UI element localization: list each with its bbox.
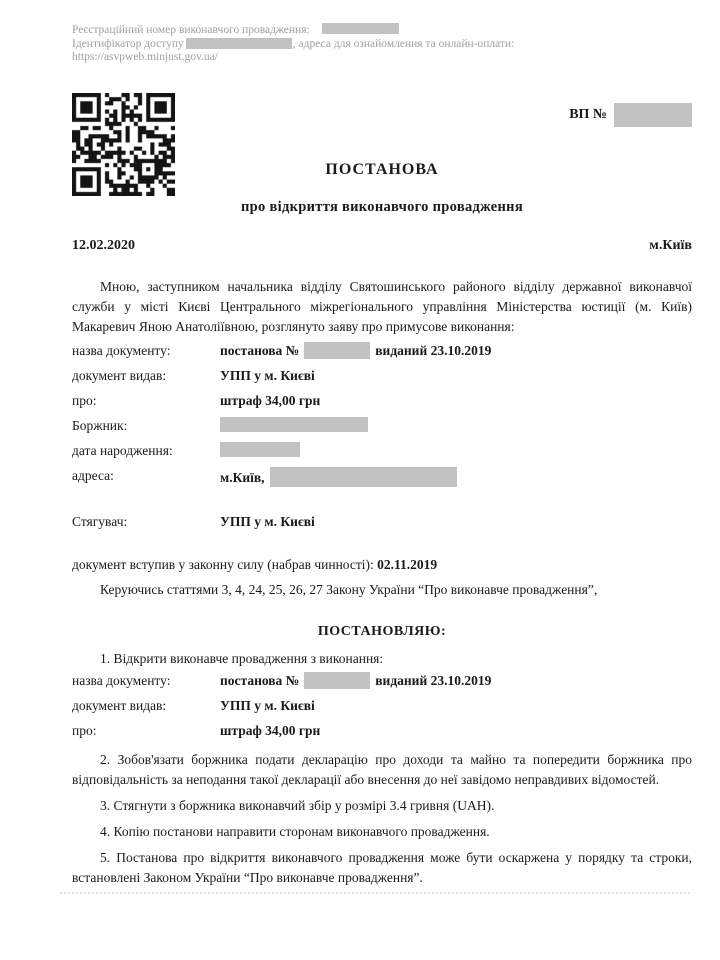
resolution-item-2: 2. Зобов'язати боржника подати деклараці… — [72, 750, 692, 790]
redaction-box — [304, 672, 370, 689]
document-title: ПОСТАНОВА — [72, 161, 692, 179]
doc-about-label: про: — [72, 722, 220, 740]
resolution-item-4: 4. Копію постанови направити сторонам ви… — [72, 822, 692, 842]
field-row-doc-about: про: штраф 34,00 грн — [72, 392, 692, 410]
debtor-label: Боржник: — [72, 417, 220, 435]
redaction-box — [322, 23, 399, 34]
access-id-label: Ідентифікатор доступу — [72, 38, 184, 50]
vp-number-line: ВП № — [569, 103, 692, 127]
field-row-doc-about-2: про: штраф 34,00 грн — [72, 722, 692, 740]
doc-name-label: назва документу: — [72, 342, 220, 360]
redaction-box — [614, 103, 692, 127]
field-row-doc-name-2: назва документу: постанова №виданий 23.1… — [72, 672, 692, 690]
doc-about-value: штраф 34,00 грн — [220, 722, 320, 740]
doc-issuer-value: УПП у м. Києві — [220, 697, 315, 715]
resolution-item-3: 3. Стягнути з боржника виконавчий збір у… — [72, 796, 692, 816]
doc-issuer-label: документ видав: — [72, 367, 220, 385]
collector-label: Стягувач: — [72, 513, 220, 531]
doc-about-label: про: — [72, 392, 220, 410]
field-row-doc-issuer: документ видав: УПП у м. Києві — [72, 367, 692, 385]
resolution-heading: ПОСТАНОВЛЯЮ: — [72, 624, 692, 640]
document-subtitle: про відкриття виконавчого провадження — [72, 199, 692, 216]
vp-number-label: ВП № — [569, 107, 607, 122]
access-id-suffix: , адреса для ознайомлення та онлайн-опла… — [293, 38, 515, 50]
field-row-debtor: Боржник: — [72, 417, 692, 435]
address-label: адреса: — [72, 467, 220, 487]
registration-number-label: Реєстраційний номер виконавчого провадже… — [72, 24, 310, 36]
redaction-box — [220, 417, 368, 432]
document-city: м.Київ — [649, 238, 692, 254]
field-row-birthdate: дата народження: — [72, 442, 692, 460]
resolution-item-5: 5. Постанова про відкриття виконавчого п… — [72, 848, 692, 888]
doc-name-label: назва документу: — [72, 672, 220, 690]
redaction-box — [304, 342, 370, 359]
field-row-doc-name: назва документу: постанова №виданий 23.1… — [72, 342, 692, 360]
document-date: 12.02.2020 — [72, 238, 135, 254]
legal-force-date: 02.11.2019 — [377, 557, 437, 572]
document-meta-header: Реєстраційний номер виконавчого провадже… — [72, 0, 692, 65]
guided-by-line: Керуючись статтями 3, 4, 24, 25, 26, 27 … — [72, 580, 692, 600]
redaction-box — [270, 467, 457, 487]
collector-value: УПП у м. Києві — [220, 513, 315, 531]
payment-url: https://asvpweb.minjust.gov.ua/ — [72, 51, 218, 63]
scan-artifact-line — [60, 892, 690, 894]
redaction-box — [186, 38, 292, 49]
doc-issuer-label: документ видав: — [72, 697, 220, 715]
field-row-collector: Стягувач: УПП у м. Києві — [72, 513, 692, 531]
qr-code — [72, 93, 175, 196]
redaction-box — [220, 442, 300, 457]
doc-name-value: постанова №виданий 23.10.2019 — [220, 342, 491, 360]
resolution-item-1: 1. Відкрити виконавче провадження з вико… — [72, 649, 692, 669]
date-city-row: 12.02.2020 м.Київ — [72, 238, 692, 254]
qr-title-band: ВП № ПОСТАНОВА — [72, 93, 692, 187]
field-row-doc-issuer-2: документ видав: УПП у м. Києві — [72, 697, 692, 715]
legal-force-line: документ вступив у законну силу (набрав … — [72, 556, 692, 574]
document-page: Реєстраційний номер виконавчого провадже… — [0, 0, 720, 960]
birthdate-label: дата народження: — [72, 442, 220, 460]
doc-about-value: штраф 34,00 грн — [220, 392, 320, 410]
legal-force-label: документ вступив у законну силу (набрав … — [72, 557, 377, 572]
address-value: м.Київ, — [220, 467, 457, 487]
intro-paragraph: Мною, заступником начальника відділу Свя… — [72, 277, 692, 337]
field-row-address: адреса: м.Київ, — [72, 467, 692, 487]
doc-name-value: постанова №виданий 23.10.2019 — [220, 672, 491, 690]
doc-issuer-value: УПП у м. Києві — [220, 367, 315, 385]
